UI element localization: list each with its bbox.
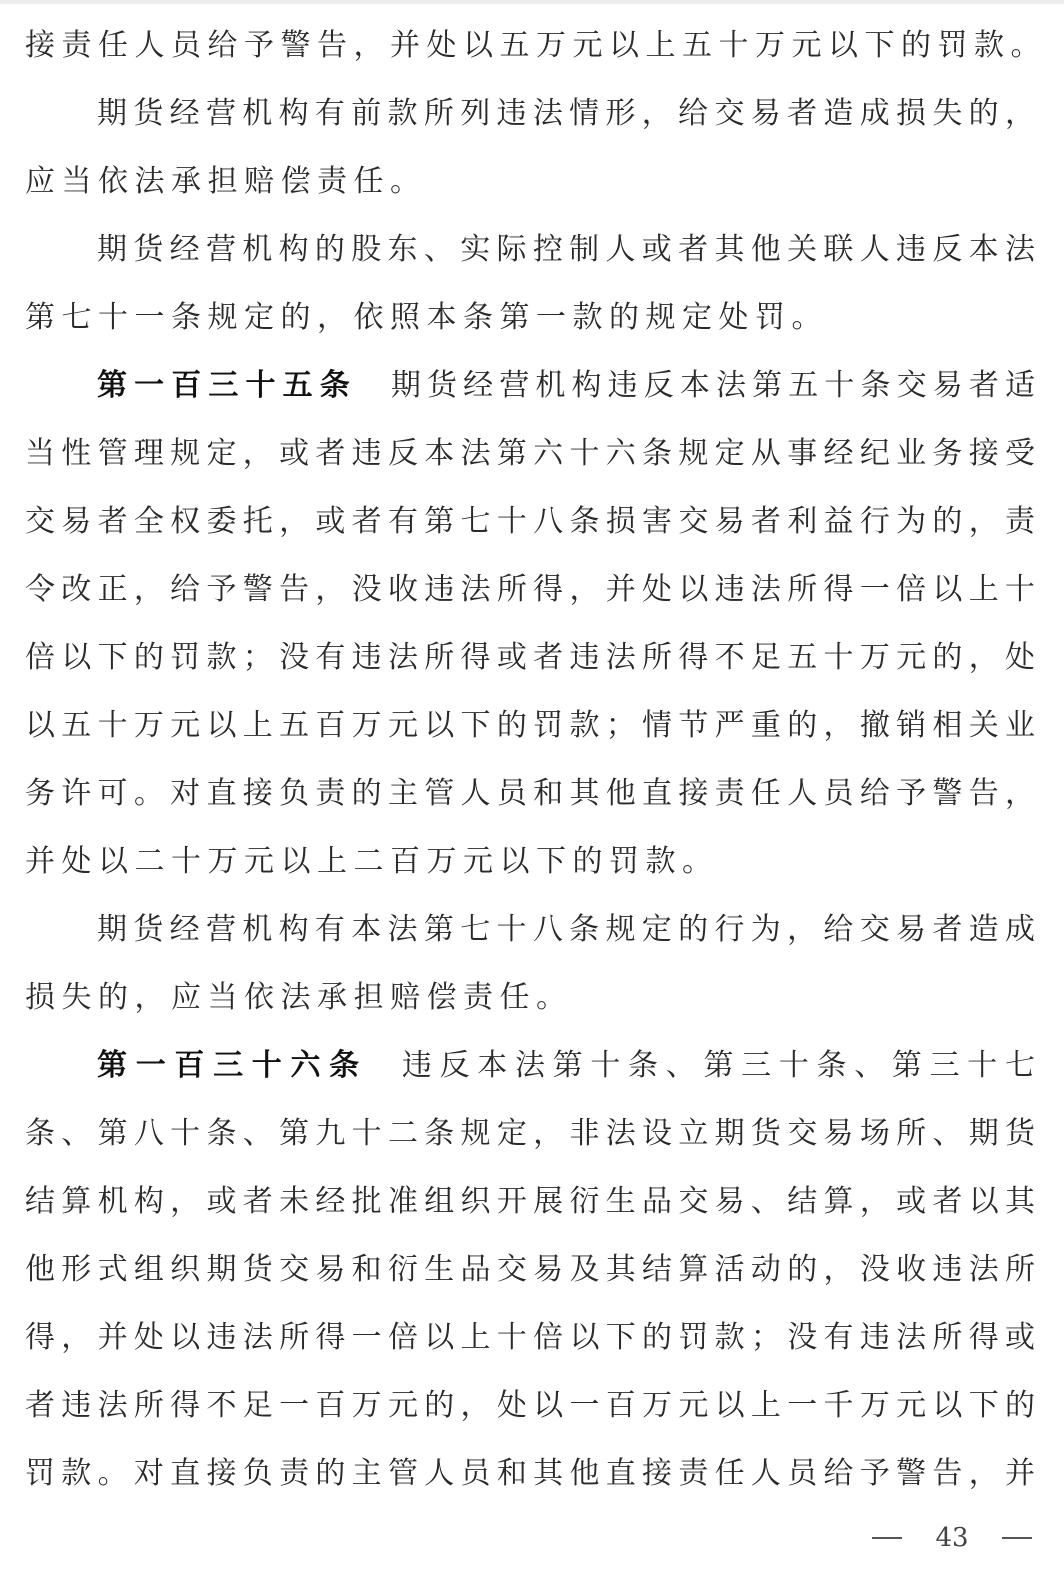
text-line: 交易者全权委托，或者有第七十八条损害交易者利益行为的，责 [25,488,1035,556]
text-line: 罚款。对直接负责的主管人员和其他直接责任人员给予警告，并 [25,1440,1035,1508]
line-text: 期货经营机构的股东、实际控制人或者其他关联人违反本法 [97,232,1035,267]
line-text: 结算机构，或者未经批准组织开展衍生品交易、结算，或者以其 [25,1184,1035,1219]
paragraph-start-line: 期货经营机构有前款所列违法情形，给交易者造成损失的， [25,80,1035,148]
line-text: 倍以下的罚款；没有违法所得或者违法所得不足五十万元的，处 [25,640,1035,675]
text-line: 当性管理规定，或者违反本法第六十六条规定从事经纪业务接受 [25,420,1035,488]
line-text: 期货经营机构违反本法第五十条交易者适 [391,368,1035,403]
line-text: 得，并处以违法所得一倍以上十倍以下的罚款；没有违法所得或 [25,1320,1035,1355]
text-line: 接责任人员给予警告，并处以五万元以上五十万元以下的罚款。 [25,12,1035,80]
text-line: 损失的，应当依法承担赔偿责任。 [25,964,1035,1032]
text-line: 以五十万元以上五百万元以下的罚款；情节严重的，撤销相关业 [25,692,1035,760]
top-edge-strip [0,0,1064,4]
line-text: 违反本法第十条、第三十条、第三十七 [402,1048,1035,1083]
line-text: 条、第八十条、第九十二条规定，非法设立期货交易场所、期货 [25,1116,1035,1151]
dash-left [872,1537,902,1539]
article-number: 第一百三十六条 [97,1048,368,1083]
line-text: 接责任人员给予警告，并处以五万元以上五十万元以下的罚款。 [25,28,1047,63]
article-135-heading-line: 第一百三十五条期货经营机构违反本法第五十条交易者适 [25,352,1035,420]
line-text: 他形式组织期货交易和衍生品交易及其结算活动的，没收违法所 [25,1252,1035,1287]
line-text: 务许可。对直接负责的主管人员和其他直接责任人员给予警告， [25,776,1035,811]
dash-right [1002,1537,1032,1539]
line-text: 以五十万元以上五百万元以下的罚款；情节严重的，撤销相关业 [25,708,1035,743]
line-text: 期货经营机构有本法第七十八条规定的行为，给交易者造成 [97,912,1035,947]
text-line: 第七十一条规定的，依照本条第一款的规定处罚。 [25,284,1035,352]
line-text: 当性管理规定，或者违反本法第六十六条规定从事经纪业务接受 [25,436,1035,471]
page-number-footer: 43 [872,1518,1032,1558]
paragraph-start-line: 期货经营机构的股东、实际控制人或者其他关联人违反本法 [25,216,1035,284]
text-line: 结算机构，或者未经批准组织开展衍生品交易、结算，或者以其 [25,1168,1035,1236]
text-line: 条、第八十条、第九十二条规定，非法设立期货交易场所、期货 [25,1100,1035,1168]
text-line: 并处以二十万元以上二百万元以下的罚款。 [25,828,1035,896]
text-line: 务许可。对直接负责的主管人员和其他直接责任人员给予警告， [25,760,1035,828]
paragraph-start-line: 期货经营机构有本法第七十八条规定的行为，给交易者造成 [25,896,1035,964]
line-text: 期货经营机构有前款所列违法情形，给交易者造成损失的， [97,96,1035,131]
text-line: 令改正，给予警告，没收违法所得，并处以违法所得一倍以上十 [25,556,1035,624]
line-text: 令改正，给予警告，没收违法所得，并处以违法所得一倍以上十 [25,572,1035,607]
line-text: 罚款。对直接负责的主管人员和其他直接责任人员给予警告，并 [25,1456,1035,1491]
text-line: 倍以下的罚款；没有违法所得或者违法所得不足五十万元的，处 [25,624,1035,692]
article-number: 第一百三十五条 [97,368,357,403]
line-text: 者违法所得不足一百万元的，处以一百万元以上一千万元以下的 [25,1388,1035,1423]
article-136-heading-line: 第一百三十六条违反本法第十条、第三十条、第三十七 [25,1032,1035,1100]
line-text: 交易者全权委托，或者有第七十八条损害交易者利益行为的，责 [25,504,1035,539]
document-page: 接责任人员给予警告，并处以五万元以上五十万元以下的罚款。 期货经营机构有前款所列… [25,12,1035,1508]
text-line: 他形式组织期货交易和衍生品交易及其结算活动的，没收违法所 [25,1236,1035,1304]
line-text: 并处以二十万元以上二百万元以下的罚款。 [25,844,719,879]
line-text: 第七十一条规定的，依照本条第一款的规定处罚。 [25,300,828,335]
line-text: 应当依法承担赔偿责任。 [25,164,427,199]
text-line: 应当依法承担赔偿责任。 [25,148,1035,216]
line-text: 损失的，应当依法承担赔偿责任。 [25,980,573,1015]
text-line: 者违法所得不足一百万元的，处以一百万元以上一千万元以下的 [25,1372,1035,1440]
page-number: 43 [935,1523,968,1553]
text-line: 得，并处以违法所得一倍以上十倍以下的罚款；没有违法所得或 [25,1304,1035,1372]
